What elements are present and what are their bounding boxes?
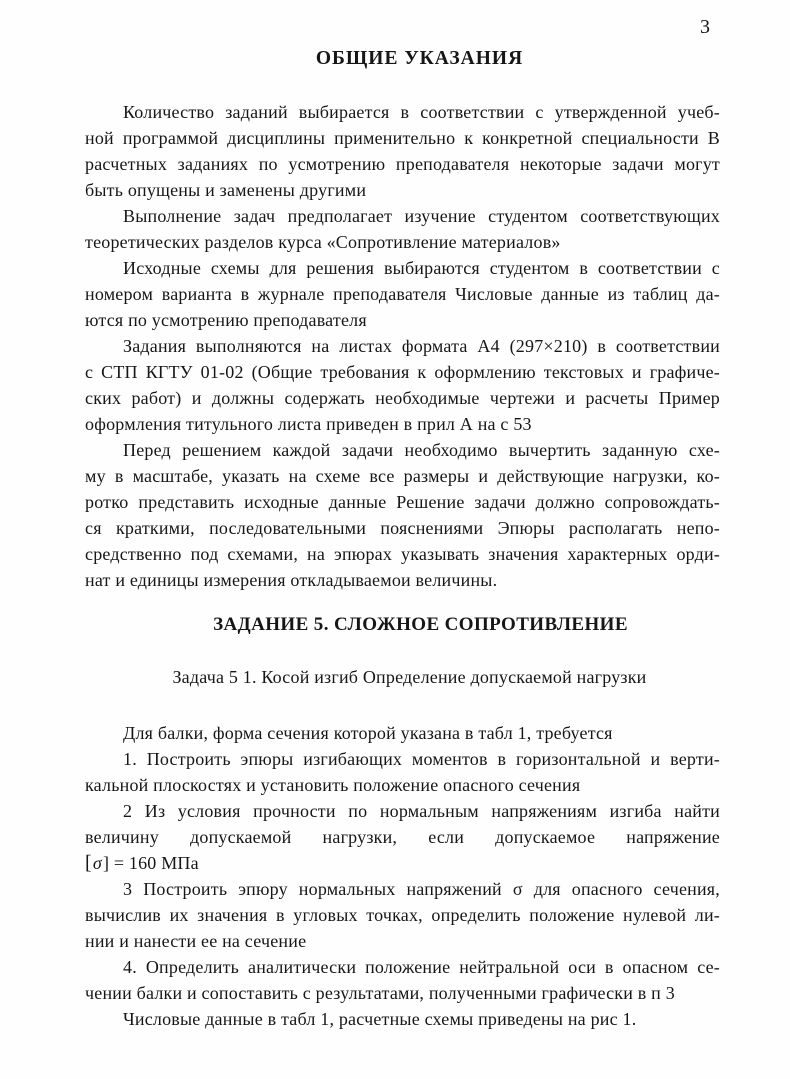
document-title: ОБЩИЕ УКАЗАНИЯ — [85, 48, 720, 70]
text-line: чении балки и сопоставить с результатами… — [85, 980, 720, 1006]
text-line: Задания выполняются на листах формата А4… — [85, 333, 720, 359]
task-item: 4. Определить аналитически положение ней… — [85, 954, 720, 1006]
formula-open-bracket: [ — [85, 852, 92, 874]
task-item: 1. Построить эпюры изгибающих моментов в… — [85, 746, 720, 798]
text-line: 2 Из условия прочности по нормальным нап… — [85, 798, 720, 824]
text-line: ной программой дисциплины применительно … — [85, 125, 720, 151]
task-subheading: Задача 5 1. Косой изгиб Определение допу… — [85, 664, 720, 690]
text-line: величину допускаемой нагрузки, если допу… — [85, 824, 720, 850]
text-line: нии и нанести ее на сечение — [85, 928, 720, 954]
text-line: 4. Определить аналитически положение ней… — [85, 954, 720, 980]
task-intro-line: Для балки, форма сечения которой указана… — [85, 720, 720, 746]
paragraph: Задания выполняются на листах формата А4… — [85, 333, 720, 437]
allowable-stress-formula: [σ] = 160 МПа — [85, 850, 720, 876]
text-line: средственно под схемами, на эпюрах указы… — [85, 541, 720, 567]
text-line: ся краткими, последовательными пояснения… — [85, 515, 720, 541]
formula-value: ] = 160 МПа — [103, 853, 199, 873]
sigma-symbol: σ — [92, 853, 103, 873]
paragraph: Количество заданий выбирается в соответс… — [85, 99, 720, 203]
paragraph: Выполнение задач предполагает изучение с… — [85, 203, 720, 255]
task-item: 2 Из условия прочности по нормальным нап… — [85, 798, 720, 876]
text-line: ротко представить исходные данные Решени… — [85, 489, 720, 515]
text-line: нат и единицы измерения откладываемои ве… — [85, 567, 720, 593]
text-line: Исходные схемы для решения выбираются ст… — [85, 255, 720, 281]
text-line: Перед решением каждой задачи необходимо … — [85, 437, 720, 463]
scanned-document-page: 3 ОБЩИЕ УКАЗАНИЯ Количество заданий выби… — [0, 0, 790, 1079]
text-line: му в масштабе, указать на схеме все разм… — [85, 463, 720, 489]
paragraph: Исходные схемы для решения выбираются ст… — [85, 255, 720, 333]
paragraph: Перед решением каждой задачи необходимо … — [85, 437, 720, 593]
text-line: быть опущены и заменены другими — [85, 177, 720, 203]
text-line: теоретических разделов курса «Сопротивле… — [85, 229, 720, 255]
text-line: ских работ) и должны содержать необходим… — [85, 385, 720, 411]
page-number: 3 — [700, 16, 710, 39]
text-line: кальной плоскостях и установить положени… — [85, 772, 720, 798]
text-line: 1. Построить эпюры изгибающих моментов в… — [85, 746, 720, 772]
document-body: Количество заданий выбирается в соответс… — [85, 99, 720, 1032]
closing-line: Числовые данные в табл 1, расчетные схем… — [85, 1006, 720, 1032]
text-line: Выполнение задач предполагает изучение с… — [85, 203, 720, 229]
text-line: вычислив их значения в угловых точках, о… — [85, 902, 720, 928]
text-line: ются по усмотрению преподавателя — [85, 307, 720, 333]
text-line: с СТП КГТУ 01-02 (Общие требования к офо… — [85, 359, 720, 385]
text-line: расчетных заданиях по усмотрению препода… — [85, 151, 720, 177]
text-line: Количество заданий выбирается в соответс… — [85, 99, 720, 125]
task-item: 3 Построить эпюру нормальных напряжений … — [85, 876, 720, 954]
section-heading: ЗАДАНИЕ 5. СЛОЖНОЕ СОПРОТИВЛЕНИЕ — [85, 612, 720, 638]
text-line: номером варианта в журнале преподавателя… — [85, 281, 720, 307]
text-line: 3 Построить эпюру нормальных напряжений … — [85, 876, 720, 902]
text-line: оформления титульного листа приведен в п… — [85, 411, 720, 437]
